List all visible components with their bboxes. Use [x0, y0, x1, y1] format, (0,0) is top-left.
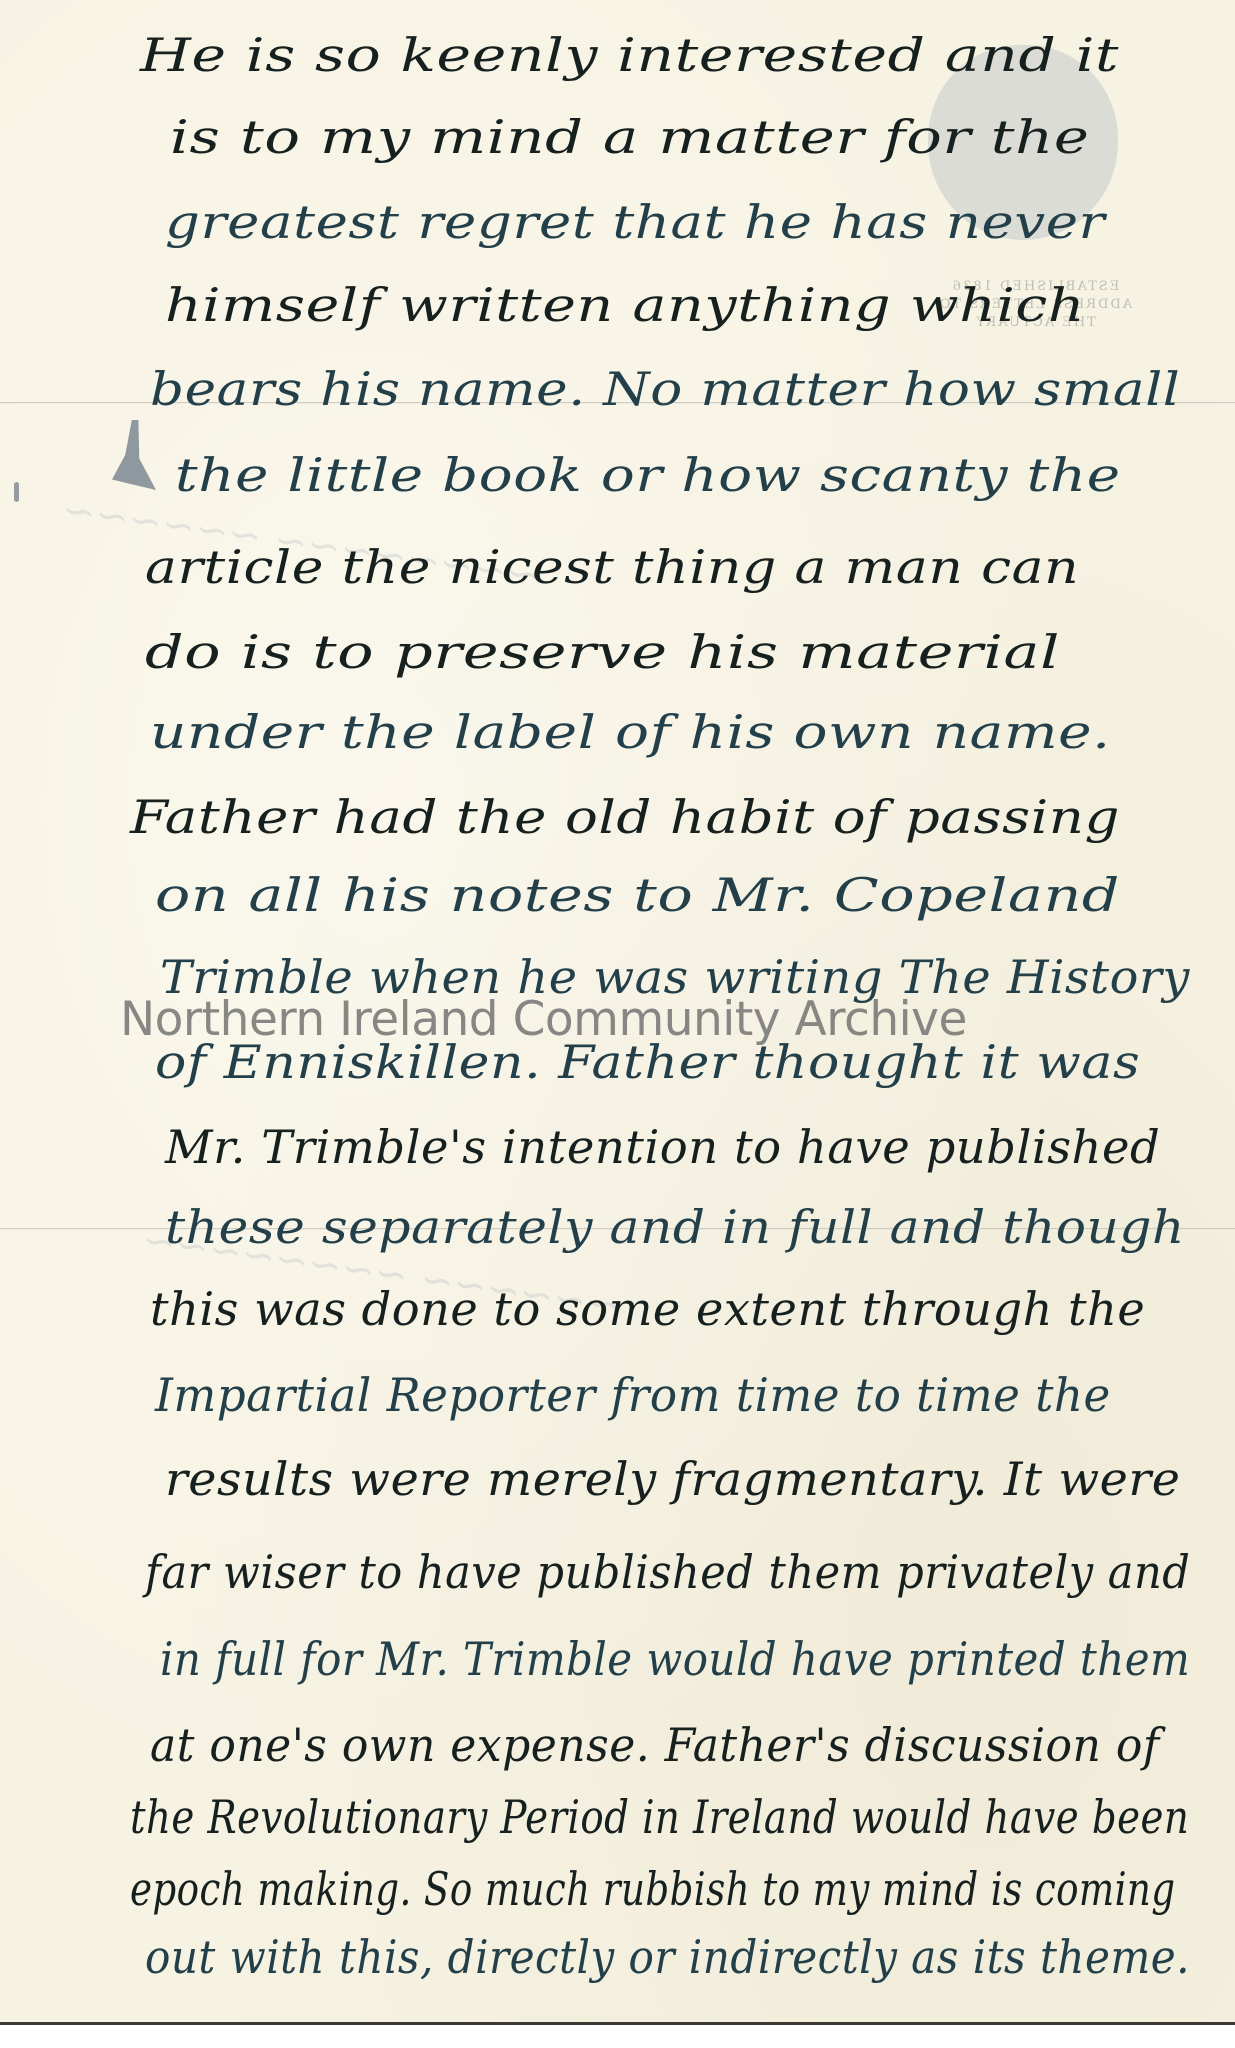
letter-paper: ESTABLISHED 1836 ADDRESS LETTERS TO THE … [0, 0, 1235, 2025]
archive-watermark: Northern Ireland Community Archive [120, 992, 1120, 1047]
handwritten-line: bears his name. No matter how small [150, 362, 1180, 416]
margin-ink-mark [14, 482, 19, 502]
handwritten-line: on all his notes to Mr. Copeland [155, 868, 1120, 922]
handwritten-line: under the label of his own name. [150, 705, 1111, 759]
handwritten-line: the Revolutionary Period in Ireland woul… [130, 1790, 1189, 1844]
handwritten-line: this was done to some extent through the [150, 1282, 1145, 1336]
handwritten-line: results were merely fragmentary. It were [165, 1452, 1180, 1506]
handwritten-line: is to my mind a matter for the [170, 110, 1089, 164]
handwritten-line: in full for Mr. Trimble would have print… [160, 1632, 1190, 1686]
handwritten-line: at one's own expense. Father's discussio… [150, 1718, 1160, 1772]
handwritten-line: the little book or how scanty the [175, 448, 1121, 502]
handwritten-line: these separately and in full and though [165, 1200, 1185, 1254]
handwritten-line: greatest regret that he has never [165, 195, 1105, 249]
handwritten-line: far wiser to have published them private… [145, 1545, 1190, 1599]
handwritten-line: himself written anything which [165, 278, 1085, 332]
ink-blot [112, 420, 156, 490]
handwritten-line: He is so keenly interested and it [140, 28, 1119, 82]
handwritten-line: Impartial Reporter from time to time the [155, 1368, 1111, 1422]
handwritten-line: Mr. Trimble's intention to have publishe… [165, 1120, 1160, 1174]
handwritten-line: Father had the old habit of passing [130, 790, 1120, 844]
handwritten-line: do is to preserve his material [145, 625, 1060, 679]
handwritten-line: article the nicest thing a man can [145, 540, 1079, 594]
handwritten-line: epoch making. So much rubbish to my mind… [130, 1862, 1176, 1916]
handwritten-line: out with this, directly or indirectly as… [145, 1930, 1190, 1984]
